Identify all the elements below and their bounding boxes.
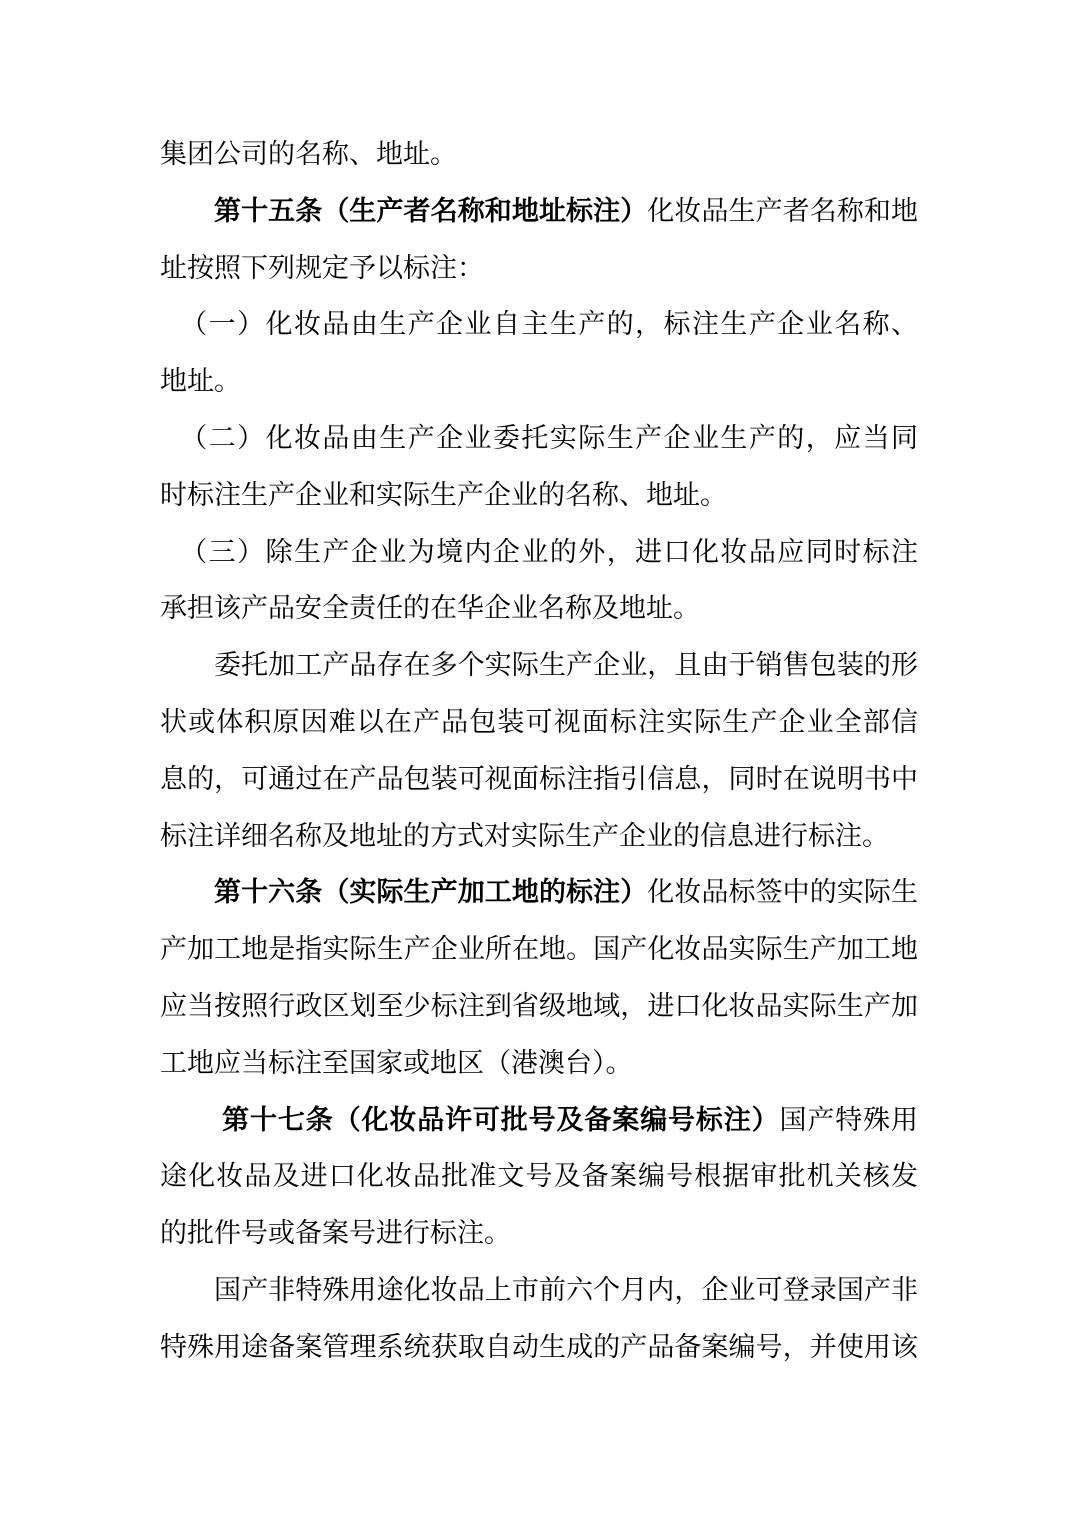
text-segment: （二）化妆品由生产企业委托实际生产企业生产的，应当同	[180, 423, 918, 454]
text-line: 状或体积原因难以在产品包装可视面标注实际生产企业全部信	[160, 695, 918, 752]
text-line: 委托加工产品存在多个实际生产企业，且由于销售包装的形	[160, 638, 918, 695]
text-line: 的批件号或备案号进行标注。	[160, 1206, 918, 1263]
text-line: 地址。	[160, 354, 918, 411]
text-segment: （三）除生产企业为境内企业的外，进口化妆品应同时标注	[180, 537, 918, 568]
text-segment: 化妆品标签中的实际生	[647, 877, 918, 908]
text-segment: 应当按照行政区划至少标注到省级地域，进口化妆品实际生产加	[160, 991, 918, 1022]
text-line: 时标注生产企业和实际生产企业的名称、地址。	[160, 468, 918, 525]
text-segment: 标注详细名称及地址的方式对实际生产企业的信息进行标注。	[160, 821, 889, 852]
text-segment: 特殊用途备案管理系统获取自动生成的产品备案编号，并使用该	[160, 1332, 918, 1363]
text-segment: 委托加工产品存在多个实际生产企业，且由于销售包装的形	[214, 650, 918, 681]
text-line: 国产非特殊用途化妆品上市前六个月内，企业可登录国产非	[160, 1263, 918, 1320]
text-segment: 址按照下列规定予以标注：	[160, 253, 484, 284]
text-line: 应当按照行政区划至少标注到省级地域，进口化妆品实际生产加	[160, 979, 918, 1036]
text-line: 第十六条（实际生产加工地的标注）化妆品标签中的实际生	[160, 865, 918, 922]
article-heading: 第十七条（化妆品许可批号及备案编号标注）	[222, 1105, 779, 1136]
text-line: 产加工地是指实际生产企业所在地。国产化妆品实际生产加工地	[160, 922, 918, 979]
text-line: 第十五条（生产者名称和地址标注）化妆品生产者名称和地	[160, 184, 918, 241]
text-block: 集团公司的名称、地址。第十五条（生产者名称和地址标注）化妆品生产者名称和地址按照…	[160, 127, 918, 1377]
text-segment: 时标注生产企业和实际生产企业的名称、地址。	[160, 480, 727, 511]
text-line: 息的，可通过在产品包装可视面标注指引信息，同时在说明书中	[160, 752, 918, 809]
text-segment: 地址。	[160, 366, 241, 397]
text-line: 特殊用途备案管理系统获取自动生成的产品备案编号，并使用该	[160, 1320, 918, 1377]
text-segment: 途化妆品及进口化妆品批准文号及备案编号根据审批机关核发	[160, 1161, 918, 1192]
text-line: 标注详细名称及地址的方式对实际生产企业的信息进行标注。	[160, 809, 918, 866]
text-line: 工地应当标注至国家或地区（港澳台）。	[160, 1036, 918, 1093]
text-segment: 的批件号或备案号进行标注。	[160, 1218, 511, 1249]
document-page: 集团公司的名称、地址。第十五条（生产者名称和地址标注）化妆品生产者名称和地址按照…	[0, 0, 1080, 1527]
text-segment: 集团公司的名称、地址。	[160, 139, 457, 170]
text-segment: 化妆品生产者名称和地	[647, 196, 918, 227]
text-line: 集团公司的名称、地址。	[160, 127, 918, 184]
text-segment: 息的，可通过在产品包装可视面标注指引信息，同时在说明书中	[160, 764, 918, 795]
text-segment: 国产特殊用	[780, 1105, 918, 1136]
text-segment: 状或体积原因难以在产品包装可视面标注实际生产企业全部信	[160, 707, 918, 738]
text-line: （二）化妆品由生产企业委托实际生产企业生产的，应当同	[160, 411, 918, 468]
article-heading: 第十五条（生产者名称和地址标注）	[214, 196, 647, 227]
text-line: （三）除生产企业为境内企业的外，进口化妆品应同时标注	[160, 525, 918, 582]
text-line: （一）化妆品由生产企业自主生产的，标注生产企业名称、	[160, 297, 918, 354]
text-segment: 承担该产品安全责任的在华企业名称及地址。	[160, 593, 700, 624]
article-heading: 第十六条（实际生产加工地的标注）	[214, 877, 647, 908]
text-segment: 工地应当标注至国家或地区（港澳台）。	[160, 1048, 633, 1079]
text-segment: （一）化妆品由生产企业自主生产的，标注生产企业名称、	[180, 309, 918, 340]
text-line: 第十七条（化妆品许可批号及备案编号标注）国产特殊用	[160, 1093, 918, 1150]
text-segment: 产加工地是指实际生产企业所在地。国产化妆品实际生产加工地	[160, 934, 918, 965]
text-line: 址按照下列规定予以标注：	[160, 241, 918, 298]
text-line: 途化妆品及进口化妆品批准文号及备案编号根据审批机关核发	[160, 1149, 918, 1206]
text-segment: 国产非特殊用途化妆品上市前六个月内，企业可登录国产非	[214, 1275, 918, 1306]
text-line: 承担该产品安全责任的在华企业名称及地址。	[160, 581, 918, 638]
